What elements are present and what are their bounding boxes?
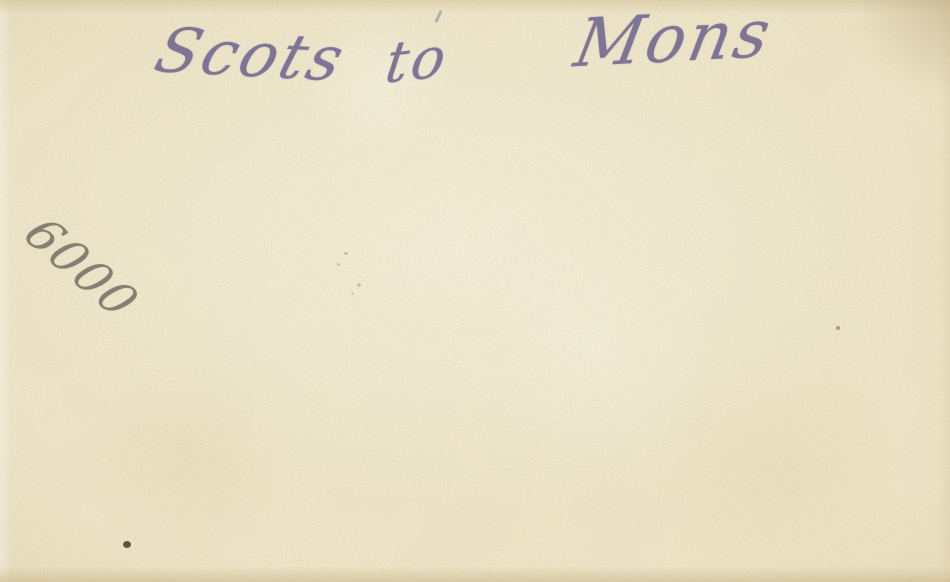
gray-smudge-dot (351, 292, 354, 295)
ink-stroke-tick (434, 10, 442, 23)
rust-speck (836, 326, 840, 330)
gray-smudge-dot (357, 283, 361, 287)
gray-smudge-dot (337, 263, 340, 266)
postcard-back-photo: Scots to Mons 6000 (0, 0, 950, 582)
inscription-word-mons: Mons (569, 0, 780, 83)
inscription-word-to: to (382, 24, 453, 97)
gray-smudge-dot (344, 252, 348, 255)
dark-speck (123, 541, 131, 548)
inscription-word-scots: Scots (147, 14, 355, 96)
handwritten-number: 6000 (12, 208, 150, 328)
